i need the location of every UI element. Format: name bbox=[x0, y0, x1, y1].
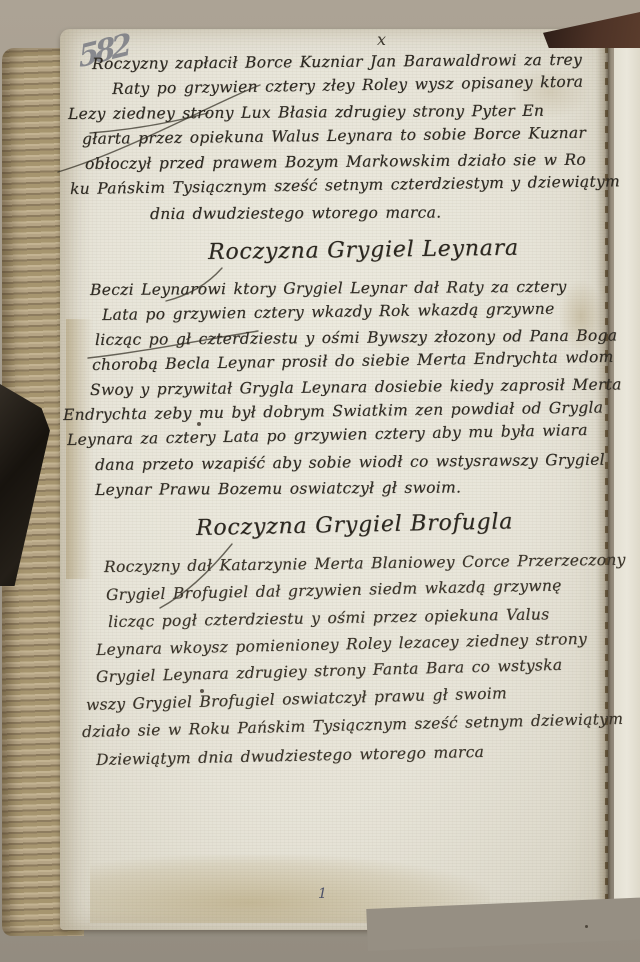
bottom-quire-mark: 1 bbox=[318, 886, 327, 902]
manuscript-line: dnia dwudziestego wtorego marca. bbox=[150, 200, 620, 227]
manuscript-photo: 582 x Roczyzny zapłacił Borce Kuzniar Ja… bbox=[0, 0, 640, 962]
paragraph-roczyzny-entry-1: Roczyzny zapłacił Borce Kuzniar Jan Bara… bbox=[88, 52, 620, 227]
manuscript-line: Leynar Prawu Bozemu oswiatczył gł swoim. bbox=[95, 474, 622, 503]
section-heading-roczyzna-brofugla: Roczyzna Grygiel Brofugla bbox=[196, 509, 514, 541]
manuscript-line: dana przeto wzapiść aby sobie wiodł co w… bbox=[95, 447, 622, 478]
manuscript-text: Roczyzny zapłacił Borce Kuzniar Jan Bara… bbox=[0, 0, 640, 962]
section-heading-roczyzna-leynara: Roczyzna Grygiel Leynara bbox=[208, 236, 519, 265]
paragraph-roczyzna-leynara: Beczi Leynarowi ktory Grygiel Leynar dał… bbox=[85, 278, 622, 503]
paragraph-roczyzna-brofugla: Roczyzny dał Katarzynie Merta Blaniowey … bbox=[80, 554, 626, 774]
